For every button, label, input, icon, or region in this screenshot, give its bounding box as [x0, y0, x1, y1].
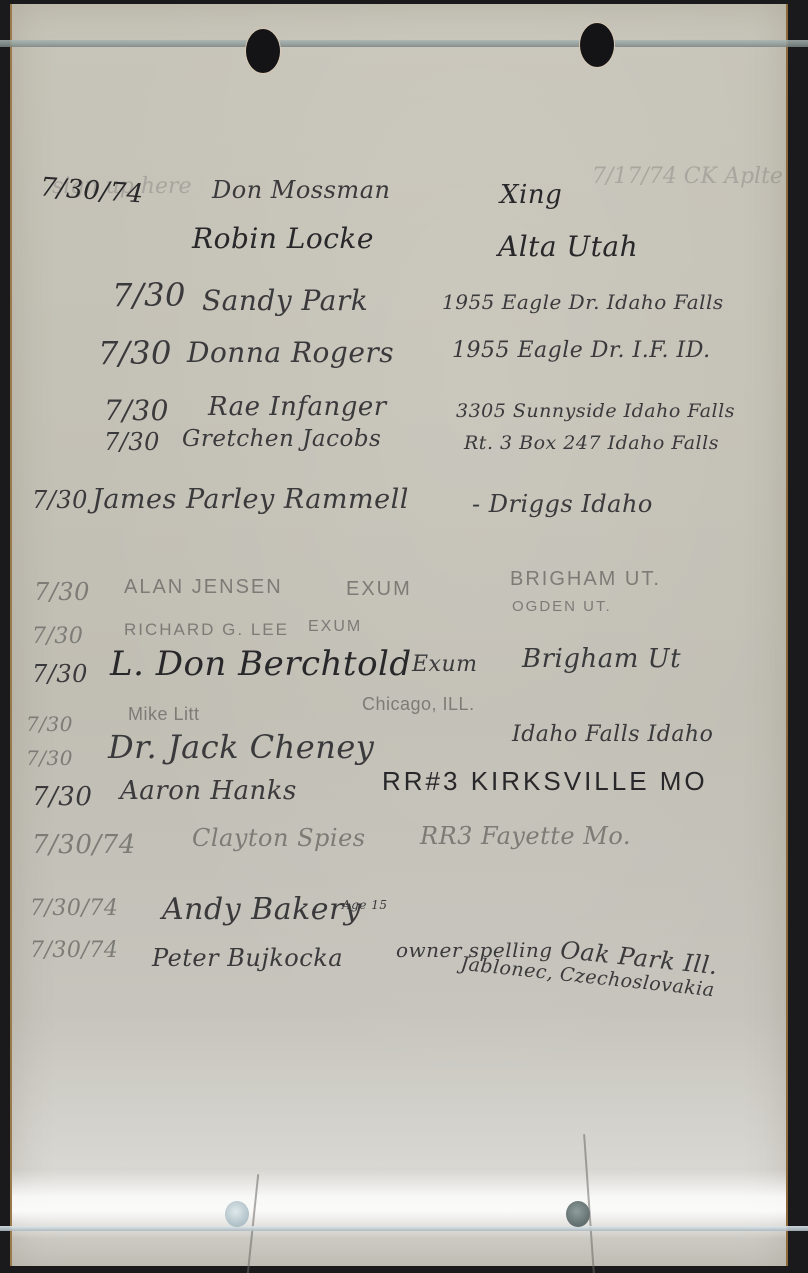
- clip-right: [566, 1201, 590, 1227]
- entry-location: - Driggs Idaho: [472, 490, 653, 518]
- entry-date: 7/30: [98, 334, 172, 372]
- entry-affiliation: EXUM: [308, 618, 362, 636]
- entry-location-2: OGDEN UT.: [512, 598, 612, 615]
- entry-date: 7/30: [32, 782, 92, 812]
- entry-date: 7/30: [112, 276, 186, 314]
- clip-left: [225, 1201, 249, 1227]
- entry-location: Brigham Ut: [522, 644, 681, 674]
- photo-frame: sign up here 7/17/74 CK Aplte 7/30/74 Do…: [0, 0, 808, 1273]
- entry-affiliation: Exum: [412, 652, 478, 677]
- entry-date: 7/30/74: [39, 172, 145, 209]
- entry-date: 7/30: [26, 746, 73, 770]
- entry-name: Mike Litt: [128, 704, 200, 725]
- entry-location: 1955 Eagle Dr. Idaho Falls: [442, 290, 724, 314]
- hanging-wire-top: [0, 40, 808, 47]
- ghost-text: 7/17/74 CK Aplte: [592, 164, 783, 189]
- entry-date: 7/30: [32, 660, 88, 688]
- entry-name: Peter Bujkocka: [152, 944, 343, 972]
- paper-crease: [247, 1174, 259, 1273]
- entry-name: L. Don Berchtold: [110, 644, 412, 684]
- entry-name: Donna Rogers: [187, 336, 394, 369]
- entry-name: Robin Locke: [192, 222, 374, 255]
- entry-date: 7/30: [32, 486, 88, 514]
- entry-date: 7/30/74: [30, 896, 118, 921]
- entry-name: Rae Infanger: [208, 392, 387, 422]
- entry-name: Don Mossman: [212, 176, 390, 204]
- entry-date: 7/30: [34, 578, 90, 606]
- entry-location: Chicago, ILL.: [362, 694, 475, 715]
- entry-date: 7/30: [104, 428, 160, 456]
- entry-location: 1955 Eagle Dr. I.F. ID.: [452, 338, 711, 363]
- entry-note: Age 15: [342, 898, 388, 912]
- entry-affiliation: EXUM: [346, 578, 412, 601]
- entry-location: Idaho Falls Idaho: [512, 722, 713, 747]
- entry-name: RICHARD G. LEE: [124, 620, 289, 640]
- entry-location: RR#3 KIRKSVILLE MO: [382, 766, 708, 797]
- entry-name: Clayton Spies: [192, 824, 366, 852]
- entry-name: Sandy Park: [202, 284, 368, 317]
- entry-name: Gretchen Jacobs: [182, 426, 381, 452]
- entry-location: 3305 Sunnyside Idaho Falls: [456, 400, 735, 422]
- entry-date: 7/30: [104, 394, 169, 427]
- entry-date: 7/30/74: [32, 830, 136, 860]
- entry-location: Alta Utah: [498, 230, 638, 263]
- sign-in-sheet: sign up here 7/17/74 CK Aplte 7/30/74 Do…: [10, 4, 788, 1266]
- entry-note: Xing: [500, 180, 562, 210]
- entry-name: James Parley Rammell: [92, 484, 409, 515]
- entry-location: RR3 Fayette Mo.: [420, 822, 631, 850]
- entry-location: BRIGHAM UT.: [510, 568, 661, 591]
- punch-hole-left: [246, 29, 280, 73]
- entry-name: Andy Bakery: [162, 892, 361, 927]
- entry-location: Rt. 3 Box 247 Idaho Falls: [464, 432, 719, 454]
- entry-date: 7/30: [26, 712, 73, 736]
- punch-hole-right: [580, 23, 614, 67]
- entry-date: 7/30: [32, 624, 83, 649]
- entry-name: Dr. Jack Cheney: [108, 728, 374, 766]
- entry-date: 7/30/74: [30, 938, 118, 963]
- entry-name: ALAN JENSEN: [124, 576, 283, 599]
- entry-name: Aaron Hanks: [120, 776, 297, 806]
- hanging-wire-bottom: [0, 1226, 808, 1231]
